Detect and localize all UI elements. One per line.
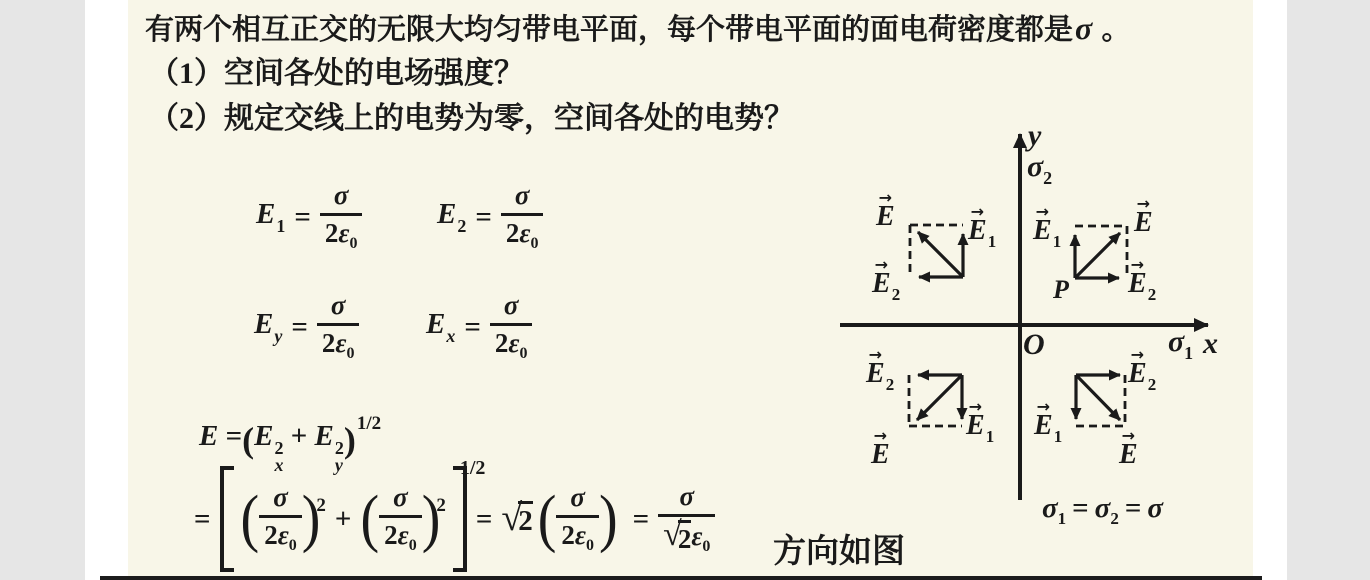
sqrt-2: √2 <box>663 520 691 555</box>
q1-E2-label: →E2 <box>1128 259 1156 298</box>
sigma-symbol: σ <box>1073 10 1094 46</box>
point-p-label: P <box>1053 277 1069 303</box>
right-gutter <box>1287 0 1370 580</box>
x-axis-label: x <box>1203 329 1218 359</box>
left-bracket <box>220 466 234 572</box>
equals-sign: = <box>226 420 243 452</box>
fraction-sigma-2eps0: σ 2ε0 <box>501 182 544 253</box>
squared-term-x: ( σ 2ε0 ) 2 <box>241 484 326 555</box>
open-paren: ( <box>242 420 254 460</box>
E2-symbol: E2 <box>437 200 466 235</box>
sigma-equality: σ1=σ2=σ <box>1042 494 1163 527</box>
fraction-sigma-2eps0: σ 2ε0 <box>259 484 302 555</box>
q1-E-arrow <box>1075 233 1120 278</box>
q2-E-arrow <box>918 232 963 277</box>
problem-statement: 有两个相互正交的无限大均匀带电平面，每个带电平面的面电荷密度都是σ 。 <box>145 9 1131 48</box>
q4-E2-label: →E2 <box>1128 349 1156 388</box>
E-symbol: E <box>199 420 218 452</box>
close-paren: ) <box>599 487 618 551</box>
Ey-symbol: E <box>315 420 334 452</box>
q4-E1-label: →E1 <box>1034 401 1062 440</box>
equation-Ey: Ey = σ 2ε0 <box>254 292 359 363</box>
left-gutter <box>0 0 85 580</box>
q2-E2-label: →E2 <box>872 259 900 298</box>
q3-E-label: →E <box>871 430 890 469</box>
squared-term-y: ( σ 2ε0 ) 2 <box>360 484 445 555</box>
paren-term: ( σ 2ε0 ) <box>538 484 618 555</box>
equals-sign: = <box>464 313 481 342</box>
open-paren: ( <box>538 487 557 551</box>
equals-sign: = <box>476 505 493 534</box>
q1-E-label: →E <box>1134 198 1153 237</box>
fraction-sigma-2eps0: σ 2ε0 <box>317 292 360 363</box>
sigma2-plane-label: σ2 <box>1027 152 1052 187</box>
right-bracket: 1/2 <box>453 466 467 572</box>
y-axis-label: y <box>1028 121 1041 151</box>
statement-text: 有两个相互正交的无限大均匀带电平面，每个带电平面的面电荷密度都是 <box>145 14 1073 46</box>
Ex-symbol: Ex <box>426 310 455 345</box>
equation-E1: E1 = σ 2ε0 <box>256 182 362 253</box>
question-2: （2）规定交线上的电势为零，空间各处的电势？ <box>149 101 794 137</box>
fraction-sigma-2eps0: σ 2ε0 <box>379 484 422 555</box>
statement-period: 。 <box>1102 14 1131 46</box>
q3-E-arrow <box>917 375 962 420</box>
open-paren: ( <box>241 487 260 551</box>
fraction-sigma-2eps0: σ 2ε0 <box>320 182 363 253</box>
close-paren: ) <box>302 487 321 551</box>
sqrt-2: √2 <box>501 501 532 538</box>
fraction-sigma-2eps0: σ 2ε0 <box>490 292 533 363</box>
sigma1-plane-label: σ1 <box>1168 327 1193 362</box>
equals-sign: = <box>633 505 650 534</box>
plus-sign: + <box>335 505 352 534</box>
q4-E-arrow <box>1076 375 1120 420</box>
Ex-symbol: E <box>254 420 273 452</box>
E1-symbol: E1 <box>256 200 285 235</box>
exponent-half: 1/2 <box>460 458 486 478</box>
Ey-symbol: Ey <box>254 310 282 345</box>
equals-sign: = <box>291 313 308 342</box>
equals-sign: = <box>294 203 311 232</box>
fraction-sigma-2eps0: σ 2ε0 <box>556 484 599 555</box>
equation-Ex: Ex = σ 2ε0 <box>426 292 532 363</box>
close-paren: ) <box>344 420 356 460</box>
question-1: （1）空间各处的电场强度？ <box>149 56 524 92</box>
origin-label: O <box>1023 330 1045 360</box>
exponent-half: 1/2 <box>357 413 381 434</box>
close-paren: ) <box>422 487 441 551</box>
q4-E-label: →E <box>1119 430 1138 469</box>
q3-E1-label: →E1 <box>966 401 994 440</box>
q3-E2-label: →E2 <box>866 349 894 388</box>
equals-sign: = <box>194 505 211 534</box>
open-paren: ( <box>360 487 379 551</box>
slide-bottom-edge <box>100 576 1262 580</box>
q1-E1-label: →E1 <box>1033 206 1061 245</box>
equation-expansion: = ( σ 2ε0 ) 2 + ( σ 2ε0 ) 2 1/2 = √2 ( <box>194 466 715 572</box>
plus-sign: + <box>291 420 308 452</box>
equation-E2: E2 = σ 2ε0 <box>437 182 543 253</box>
slide-viewer: 有两个相互正交的无限大均匀带电平面，每个带电平面的面电荷密度都是σ 。 （1）空… <box>0 0 1370 580</box>
q2-E1-label: →E1 <box>968 206 996 245</box>
equals-sign: = <box>475 203 492 232</box>
q2-E-label: →E <box>876 192 895 231</box>
final-fraction: σ √2ε0 <box>658 483 715 556</box>
